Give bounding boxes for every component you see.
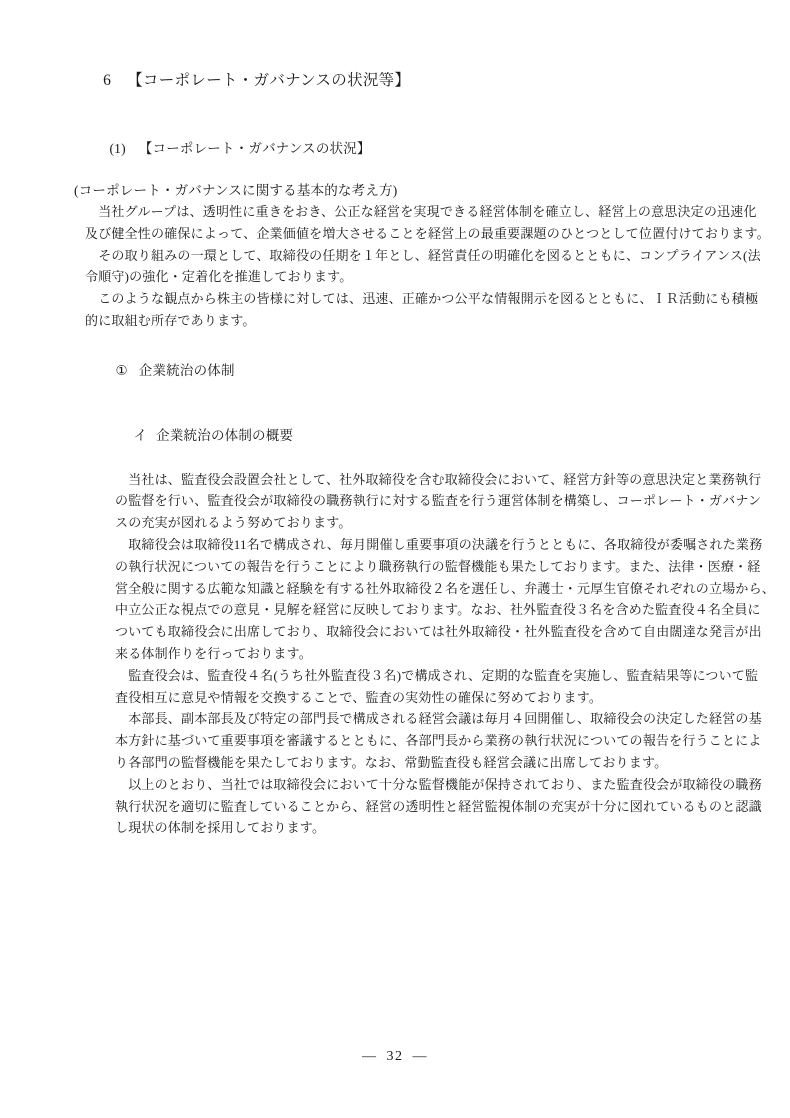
paragraph: 監査役会は、監査役４名(うち社外監査役３名)で構成され、定期的な監査を実施し、監…	[115, 665, 790, 709]
text-line: 当社は、監査役会設置会社として、社外取締役を含む取締役会において、経営方針等の意…	[115, 469, 790, 491]
section-title: 【コーポレート・ガバナンスの状況等】	[127, 72, 410, 89]
page-footer: ― 32 ―	[0, 1046, 790, 1068]
text-line: り各部門の監督機能を果たしております。なお、常勤監査役も経営会議に出席しておりま…	[115, 752, 790, 774]
text-line: 及び健全性の確保によって、企業価値を増大させることを経営上の最重要課題のひとつと…	[85, 223, 790, 245]
text-line: 当社グループは、透明性に重きをおき、公正な経営を実現できる経営体制を確立し、経営…	[85, 201, 790, 223]
text-line: の監督を行い、監査役会が取締役の職務執行に対する監査を行う運営体制を構築し、コー…	[115, 490, 790, 512]
text-line: 中立公正な視点での意見・見解を経営に反映しております。なお、社外監査役３名を含め…	[115, 599, 790, 621]
page-number: ― 32 ―	[362, 1049, 428, 1064]
subsection-heading: (1)【コーポレート・ガバナンスの状況】	[88, 117, 790, 180]
text-line: し現状の体制を採用しております。	[115, 817, 790, 839]
item-number: ①	[115, 363, 127, 378]
text-line: 本方針に基づいて重要事項を審議するとともに、各部門長から業務の執行状況についての…	[115, 730, 790, 752]
text-line: 本部長、副本部長及び特定の部門長で構成される経営会議は毎月４回開催し、取締役会の…	[115, 708, 790, 730]
subitem-marker: イ	[133, 428, 147, 443]
subsection-title: 【コーポレート・ガバナンスの状況】	[139, 141, 371, 156]
section-number: 6	[103, 72, 111, 89]
paragraph: 当社グループは、透明性に重きをおき、公正な経営を実現できる経営体制を確立し、経営…	[85, 201, 790, 245]
text-line: ついても取締役会に出席しており、取締役会においては社外取締役・社外監査役を含めて…	[115, 621, 790, 643]
text-line: スの充実が図れるよう努めております。	[115, 512, 790, 534]
intro-paragraphs: 当社グループは、透明性に重きをおき、公正な経営を実現できる経営体制を確立し、経営…	[85, 201, 790, 332]
text-line: 査役相互に意見や情報を交換することで、監査の実効性の確保に努めております。	[115, 687, 790, 709]
text-line: 来る体制作りを行っております。	[115, 643, 790, 665]
text-line: 執行状況を適切に監査していることから、経営の透明性と経営監視体制の充実が十分に図…	[115, 796, 790, 818]
text-line: 営全般に関する広範な知識と経験を有する社外取締役２名を選任し、弁護士・元厚生官僚…	[115, 578, 790, 600]
subitem-title: 企業統治の体制の概要	[156, 428, 293, 443]
paragraph: 以上のとおり、当社では取締役会において十分な監督機能が保持されており、また監査役…	[115, 774, 790, 839]
text-line: 監査役会は、監査役４名(うち社外監査役３名)で構成され、定期的な監査を実施し、監…	[115, 665, 790, 687]
section-heading: 6【コーポレート・ガバナンスの状況等】	[78, 45, 790, 117]
subsection-number: (1)	[109, 141, 125, 156]
subitem-heading-overview: イ企業統治の体制の概要	[112, 403, 790, 468]
text-line: その取り組みの一環として、取締役の任期を１年とし、経営責任の明確化を図るとともに…	[85, 245, 790, 267]
governance-paragraphs: 当社は、監査役会設置会社として、社外取締役を含む取締役会において、経営方針等の意…	[115, 469, 790, 840]
item-title: 企業統治の体制	[139, 363, 235, 378]
paragraph: 当社は、監査役会設置会社として、社外取締役を含む取締役会において、経営方針等の意…	[115, 469, 790, 534]
text-line: の執行状況についての報告を行うことにより職務執行の監督機能も果たしております。ま…	[115, 556, 790, 578]
basic-policy-label: (コーポレート・ガバナンスに関する基本的な考え方)	[74, 180, 790, 201]
page-content: 6【コーポレート・ガバナンスの状況等】 (1)【コーポレート・ガバナンスの状況】…	[0, 45, 790, 839]
paragraph: 本部長、副本部長及び特定の部門長で構成される経営会議は毎月４回開催し、取締役会の…	[115, 708, 790, 773]
paragraph: 取締役会は取締役11名で構成され、毎月開催し重要事項の決議を行うとともに、各取締…	[115, 534, 790, 665]
text-line: 的に取組む所存であります。	[85, 310, 790, 332]
paragraph: その取り組みの一環として、取締役の任期を１年とし、経営責任の明確化を図るとともに…	[85, 245, 790, 289]
text-line: このような観点から株主の皆様に対しては、迅速、正確かつ公平な情報開示を図るととも…	[85, 288, 790, 310]
text-line: 取締役会は取締役11名で構成され、毎月開催し重要事項の決議を行うとともに、各取締…	[115, 534, 790, 556]
text-line: 令順守)の強化・定着化を推進しております。	[85, 266, 790, 288]
paragraph: このような観点から株主の皆様に対しては、迅速、正確かつ公平な情報開示を図るととも…	[85, 288, 790, 332]
text-line: 以上のとおり、当社では取締役会において十分な監督機能が保持されており、また監査役…	[115, 774, 790, 796]
document-page: 6【コーポレート・ガバナンスの状況等】 (1)【コーポレート・ガバナンスの状況】…	[0, 0, 790, 1118]
item-heading-governance-structure: ①企業統治の体制	[94, 338, 790, 403]
